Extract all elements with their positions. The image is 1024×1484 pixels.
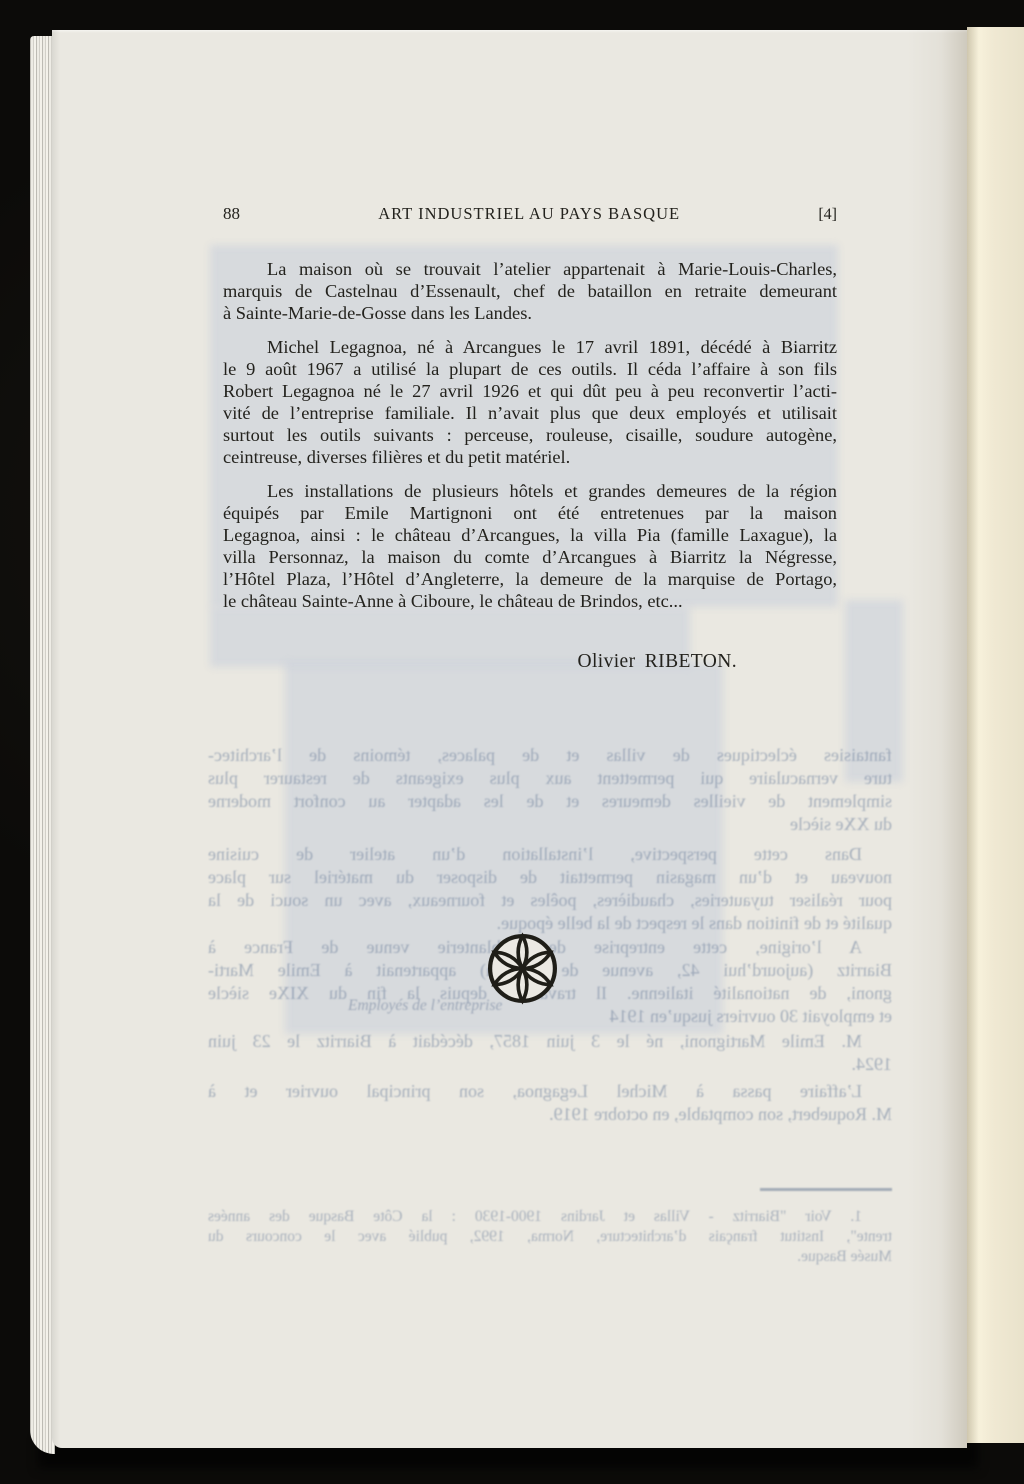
ghost-line: M. Emile Martignoni, né le 3 juin 1857, …	[208, 1030, 892, 1053]
ghost-line: trente", Institut français d’architectur…	[208, 1227, 892, 1247]
ghost-line: nouveau et d’un magasin permettait de di…	[208, 866, 892, 889]
ghost-line: ture vernaculaire qui permettent aux plu…	[208, 767, 892, 790]
ghost-line: pour réaliser tuyauteries, chaudières, p…	[208, 889, 892, 912]
section-marker: [4]	[818, 206, 837, 224]
ghost-line: 1. Voir "Biarritz - Villas et Jardins 19…	[208, 1207, 892, 1227]
running-header: 88 ART INDUSTRIEL AU PAYS BASQUE [4]	[223, 204, 837, 224]
text-line: surtout les outils suivants : perceuse, …	[223, 424, 837, 446]
text-line: à Sainte-Marie-de-Gosse dans les Landes.	[223, 302, 837, 324]
paragraph: Michel Legagnoa, né à Arcangues le 17 av…	[223, 336, 837, 468]
book-page: fantaisies éclectiques de villas et de p…	[52, 30, 967, 1448]
page-number: 88	[223, 204, 240, 224]
facing-page-caption-ghost: Employés de l’entreprise	[348, 997, 502, 1015]
body-text: La maison où se trouvait l’atelier appar…	[223, 258, 837, 624]
text-line: le 9 août 1967 a utilisé la plupart de c…	[223, 358, 837, 380]
ghost-line: et employait 30 ouvriers jusqu’en 1914	[208, 1005, 892, 1028]
text-line: marquis de Castelnau d’Essenault, chef d…	[223, 280, 837, 302]
text-line: Michel Legagnoa, né à Arcangues le 17 av…	[223, 336, 837, 358]
author-signature: Olivier RIBETON.	[223, 651, 837, 673]
text-line: le château Sainte-Anne à Ciboure, le châ…	[223, 590, 837, 612]
text-line: équipés par Emile Martignoni ont été ent…	[223, 502, 837, 524]
ghost-line: Musée Basque.	[208, 1247, 892, 1267]
ghost-line: Dans cette perspective, l’installation d…	[208, 843, 892, 866]
verso-bleed-through-footnote: 1. Voir "Biarritz - Villas et Jardins 19…	[208, 1188, 892, 1267]
ghost-line: L’affaire passa à Michel Legagnoa, son p…	[208, 1080, 892, 1103]
text-line: vité de l’entreprise familiale. Il n’ava…	[223, 402, 837, 424]
ghost-line: M. Roquebert, son comptable, en octobre …	[208, 1103, 892, 1126]
text-line: villa Personnaz, la maison du comte d’Ar…	[223, 546, 837, 568]
text-line: l’Hôtel Plaza, l’Hôtel d’Angleterre, la …	[223, 568, 837, 590]
text-line: La maison où se trouvait l’atelier appar…	[223, 258, 837, 280]
next-page-edge	[967, 27, 1024, 1443]
text-line: Legagnoa, ainsi : le château d’Arcangues…	[223, 524, 837, 546]
ghost-line: du XXe siècle	[208, 813, 892, 836]
paragraph: Les installations de plusieurs hôtels et…	[223, 480, 837, 612]
text-line: Robert Legagnoa né le 27 avril 1926 et q…	[223, 380, 837, 402]
paragraph: La maison où se trouvait l’atelier appar…	[223, 258, 837, 324]
text-line: ceintreuse, diverses filières et du peti…	[223, 446, 837, 468]
ghost-line: fantaisies éclectiques de villas et de p…	[208, 744, 892, 767]
ghost-line: 1924.	[208, 1053, 892, 1076]
running-title: ART INDUSTRIEL AU PAYS BASQUE	[240, 204, 818, 224]
basque-rosette-icon	[486, 932, 559, 1005]
ghost-line: simplement de vieilles demeures et de le…	[208, 790, 892, 813]
text-line: Les installations de plusieurs hôtels et…	[223, 480, 837, 502]
footnote-rule-ghost	[760, 1188, 892, 1191]
